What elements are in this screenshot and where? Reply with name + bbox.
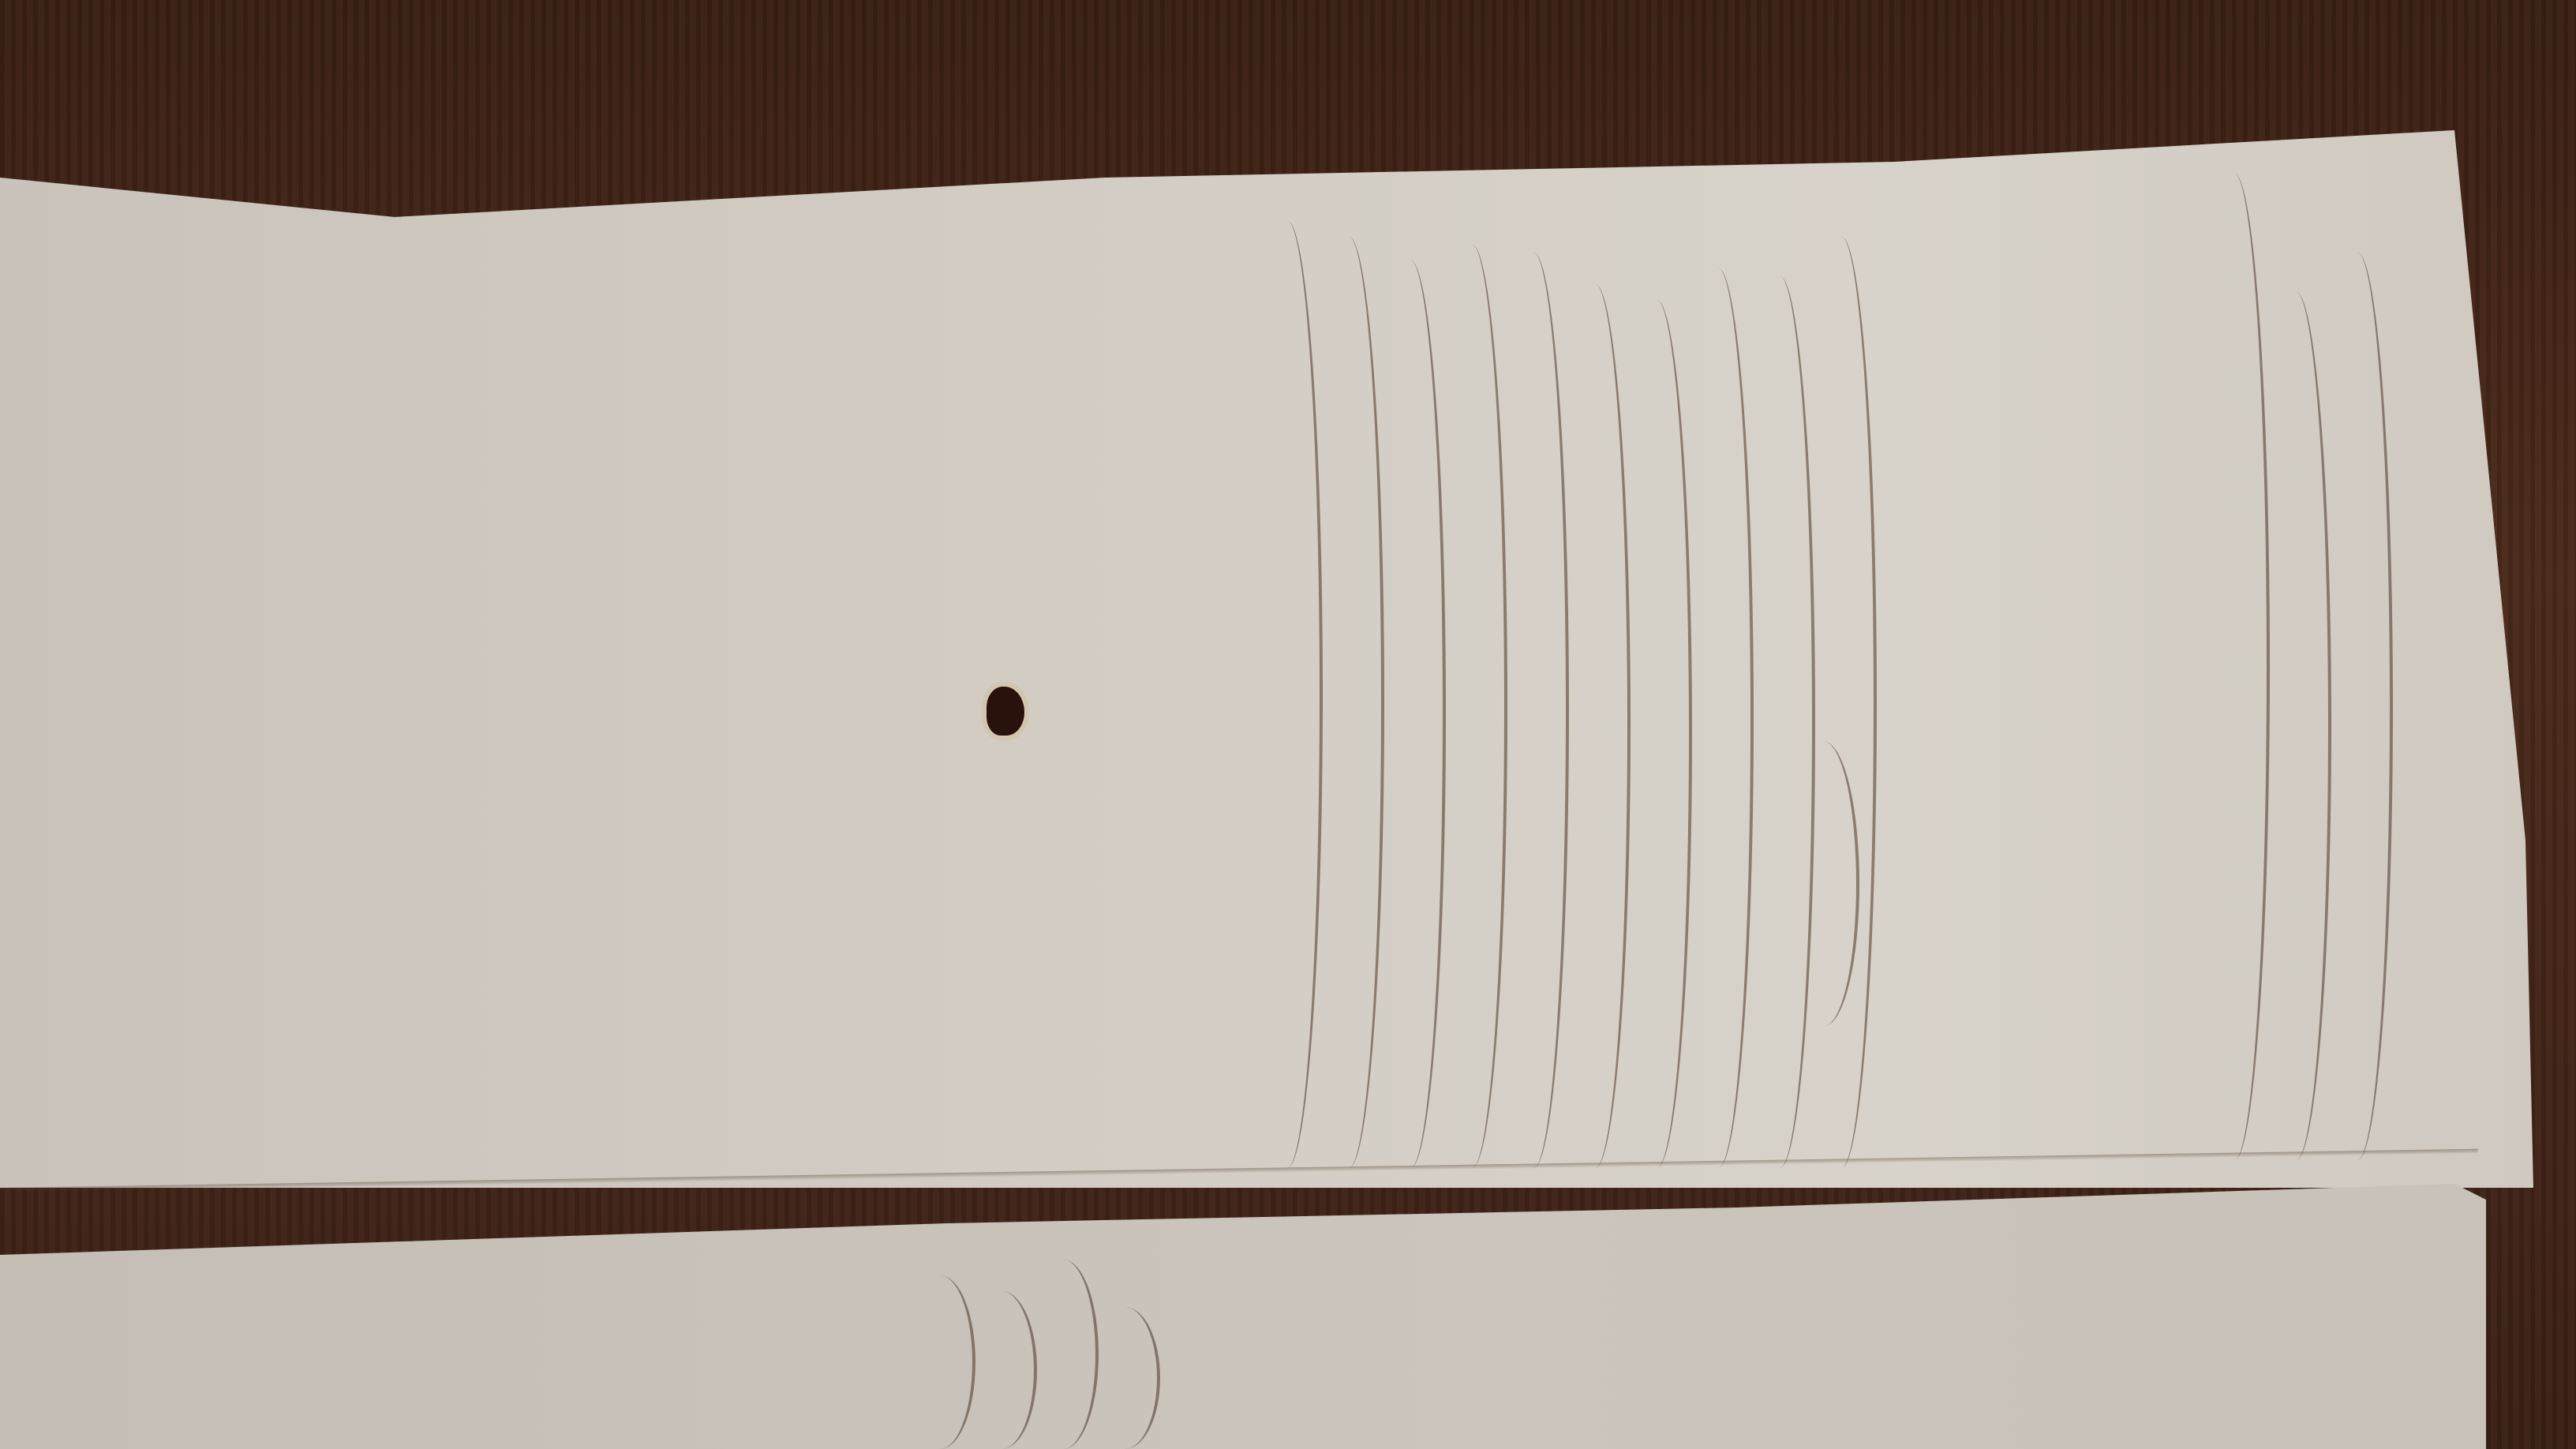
handwritten-line (1402, 260, 1446, 1168)
handwritten-line (1648, 300, 1692, 1168)
handwritten-line (1525, 253, 1569, 1168)
handwritten-line (2349, 253, 2393, 1160)
handwritten-line (1833, 237, 1877, 1168)
manuscript-main-leaf (0, 130, 2533, 1188)
handwritten-line (1054, 1260, 1099, 1449)
paper-hole (987, 687, 1024, 736)
handwritten-line (2287, 292, 2331, 1160)
handwritten-line (1340, 237, 1384, 1168)
handwritten-line (1709, 268, 1754, 1168)
handwritten-line (2226, 174, 2270, 1160)
handwritten-line (1586, 284, 1631, 1168)
lower-page-fragment (931, 1212, 1178, 1449)
top-annotation (2226, 134, 2410, 1160)
handwritten-line (1279, 221, 1323, 1168)
handwritten-line (1771, 276, 1815, 1168)
handwritten-line (1116, 1307, 1160, 1449)
handwritten-line (931, 1275, 975, 1449)
handwritten-line (993, 1291, 1037, 1449)
main-text (1279, 142, 1894, 1168)
handwritten-line (1463, 245, 1507, 1168)
